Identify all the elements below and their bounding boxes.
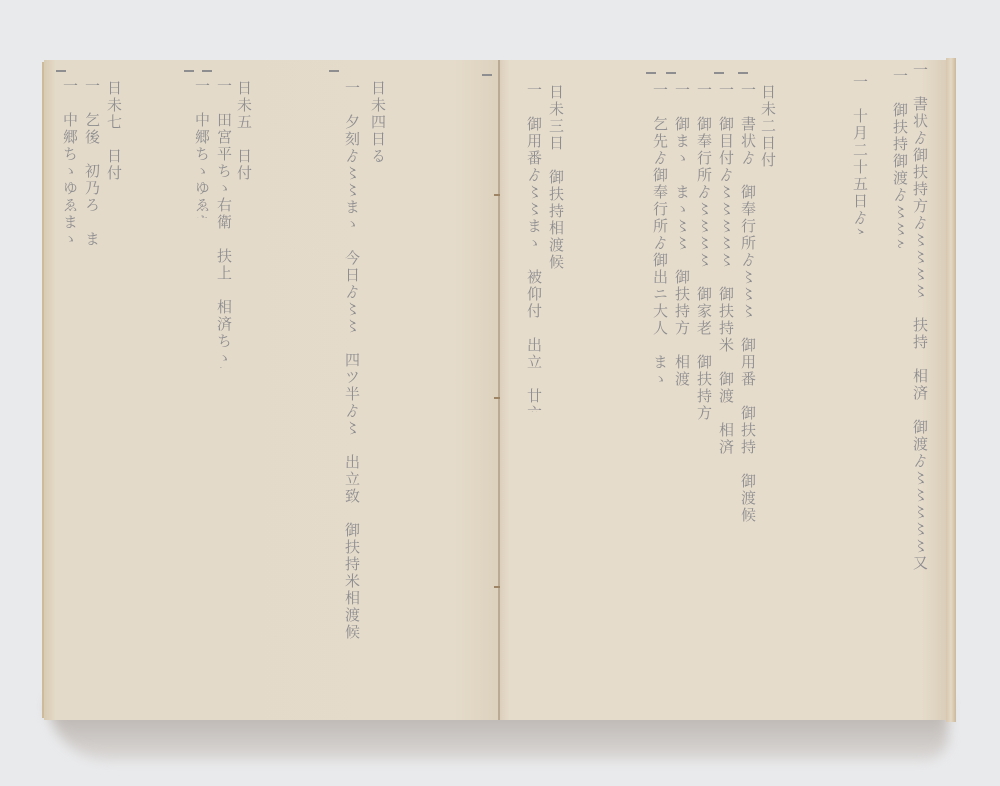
column-mark xyxy=(56,70,66,72)
handwritten-column: 一 御奉行所ゟ〻〻〻〻 御家老 御扶持方 xyxy=(696,82,712,702)
handwritten-column: 一 中郷ちゝゆゑまゝ xyxy=(62,78,78,243)
column-mark xyxy=(202,70,212,72)
handwritten-column: 日未四日る xyxy=(370,80,386,170)
column-mark xyxy=(738,72,748,74)
handwritten-column: 一 御まゝ まゝ〻〻 御扶持方 相渡 xyxy=(674,82,690,682)
column-mark xyxy=(714,72,724,74)
column-mark xyxy=(666,72,676,74)
handwritten-column: 日未五 日付 xyxy=(236,80,252,180)
handwritten-column: 一 書状ゟ御扶持方ゟ〻〻〻〻 扶持 相済 御渡ゟ〻〻〻〻〻又 xyxy=(912,62,928,662)
open-manuscript-book: 日未七 日付 一 乞後 初乃ろ まゝ 一 中郷ちゝゆゑまゝ 日未五 日付 一 田… xyxy=(42,54,956,726)
column-mark xyxy=(329,70,339,72)
handwritten-column: 一 十月二十五日ゟ〻 xyxy=(852,74,868,234)
right-page: 日未三日 御扶持相渡候 一 御用番ゟ〻〻まゝ 被仰付 出立 廿六日参着 日未二日… xyxy=(500,60,948,720)
column-mark xyxy=(482,74,492,76)
handwritten-column: 日未三日 御扶持相渡候 xyxy=(548,84,564,424)
handwritten-column: 一 書状ゟ 御奉行所ゟ〻〻〻 御用番 御扶持 御渡候 xyxy=(740,82,756,642)
handwritten-column: 日未二日付 xyxy=(760,84,776,184)
left-page: 日未七 日付 一 乞後 初乃ろ まゝ 一 中郷ちゝゆゑまゝ 日未五 日付 一 田… xyxy=(44,60,500,720)
column-mark xyxy=(184,70,194,72)
column-mark xyxy=(646,72,656,74)
handwritten-column: 一 乞後 初乃ろ まゝ xyxy=(84,78,100,248)
right-page-stack-edge xyxy=(946,58,956,722)
handwritten-column: 一 御目付ゟ〻〻〻〻〻 御扶持米 御渡 相済 xyxy=(718,82,734,682)
handwritten-column: 一 乞先ゟ御奉行所ゟ御出ニ大人 まゝ xyxy=(652,82,668,642)
handwritten-column: 一 田宮平ちゝ右衛 扶上 相済ちゝ相成 xyxy=(216,78,232,368)
handwritten-column: 一 夕刻ゟ〻〻まゝ 今日ゟ〻〻 四ツ半ゟ〻 出立致 御扶持米相渡候 xyxy=(344,80,360,680)
handwritten-column: 一 御扶持御渡ゟ〻〻〻 xyxy=(892,68,908,248)
handwritten-column: 一 御用番ゟ〻〻まゝ 被仰付 出立 廿六日参着 xyxy=(526,82,542,412)
handwritten-column: 日未七 日付 xyxy=(106,80,122,180)
handwritten-column: 一 中郷ちゝゆゑまゝ xyxy=(194,78,210,218)
